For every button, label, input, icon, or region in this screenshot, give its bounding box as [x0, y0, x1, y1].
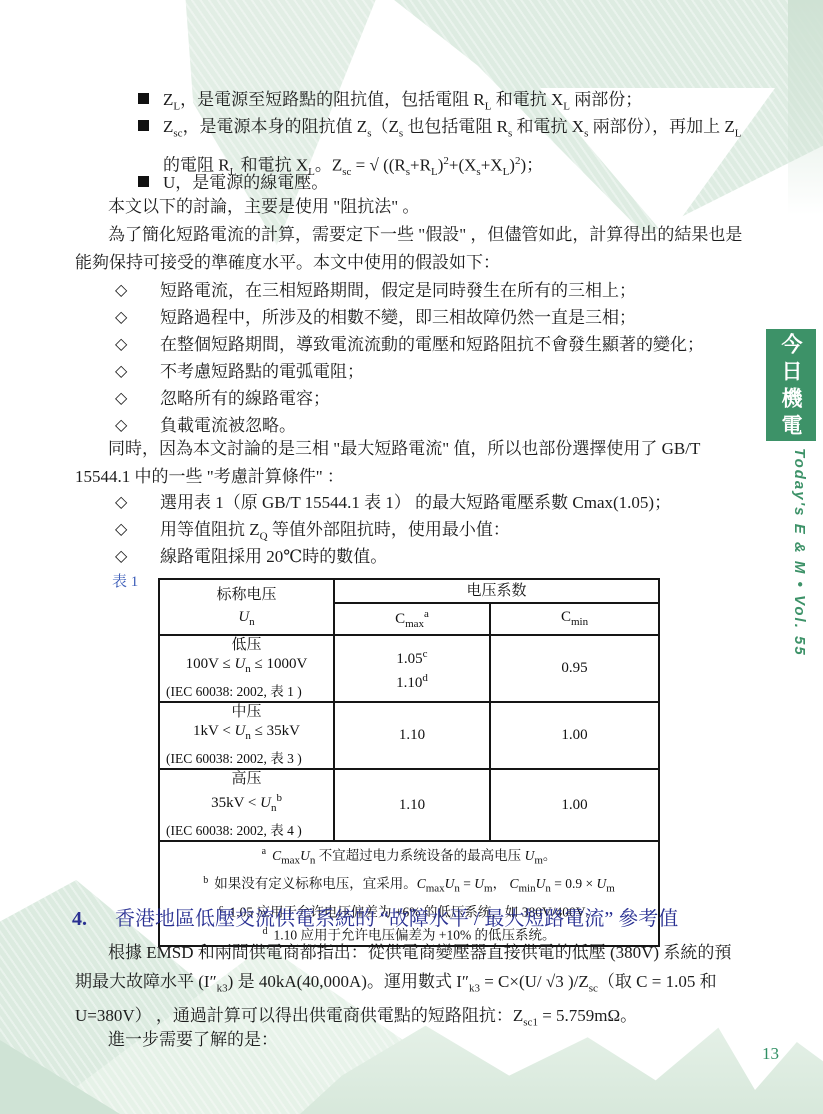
- list-item: ◇ 短路過程中，所涉及的相數不變，即三相故障仍然一直是三相；: [115, 304, 800, 331]
- paragraph-gbt: 同時，因為本文討論的是三相 "最大短路電流" 值，所以也部份選擇使用了 GB/T…: [75, 435, 755, 490]
- diamond-bullet-icon: ◇: [115, 304, 127, 331]
- document-page: 今日機電 Today's E & M • Vol. 55 13 ZL，是電源至短…: [0, 0, 823, 1114]
- table-row-mv-label: 中压 1kV < Un ≤ 35kV (IEC 60038: 2002, 表 3…: [159, 702, 334, 769]
- table-cell-cmin: 1.00: [490, 769, 659, 841]
- table-cell-cmax: 1.10: [334, 702, 490, 769]
- list-item: ◇ 線路電阻採用 20℃時的數值。: [115, 543, 800, 570]
- list-item: ◇ 不考慮短路點的電弧電阻；: [115, 358, 800, 385]
- diamond-bullet-icon: ◇: [115, 277, 127, 304]
- masthead-title: 今日機電: [776, 329, 806, 441]
- square-bullet-icon: [138, 120, 149, 131]
- paragraph-next: 進一步需要了解的是：: [75, 1026, 755, 1054]
- masthead-green-box: 今日機電: [766, 329, 816, 441]
- table-cell-cmax: 1.05c1.10d: [334, 635, 490, 702]
- header-cmin: Cmin: [490, 603, 659, 635]
- section-title: 香港地區低壓交流供電系統的 “故障水平 / 最大短路電流” 參考值: [115, 906, 678, 932]
- header-nominal-voltage: 标称电压 Un: [159, 579, 334, 635]
- diamond-bullet-icon: ◇: [115, 489, 127, 516]
- table-cell-cmin: 1.00: [490, 702, 659, 769]
- voltage-factor-table: 标称电压 Un 电压系数 Cmaxa Cmin 低压 100V ≤ Un ≤ 1…: [158, 578, 660, 947]
- decor-right-edge-strip: [788, 0, 823, 215]
- section-number: 4.: [72, 906, 115, 932]
- table-row-lv-label: 低压 100V ≤ Un ≤ 1000V (IEC 60038: 2002, 表…: [159, 635, 334, 702]
- diamond-bullet-icon: ◇: [115, 358, 127, 385]
- paragraph-method: 本文以下的討論，主要是使用 "阻抗法" 。: [75, 193, 755, 221]
- list-item: ◇ 短路電流，在三相短路期間，假定是同時發生在所有的三相上；: [115, 277, 800, 304]
- section-heading: 4. 香港地區低壓交流供電系統的 “故障水平 / 最大短路電流” 參考值: [72, 906, 678, 932]
- paragraph-hk-fault-level: 根據 EMSD 和兩間供電商都指出：從供電商變壓器直接供電的低壓 (380V) …: [75, 939, 755, 1037]
- diamond-bullet-icon: ◇: [115, 331, 127, 358]
- journal-volume-label: Today's E & M • Vol. 55: [774, 448, 808, 758]
- list-item: ◇ 在整個短路期間，導致電流流動的電壓和短路阻抗不會發生顯著的變化；: [115, 331, 800, 358]
- table-label: 表 1: [112, 570, 138, 591]
- table-cell-cmax: 1.10: [334, 769, 490, 841]
- diamond-bullet-icon: ◇: [115, 385, 127, 412]
- table-row-hv-label: 高压 35kV < Unb (IEC 60038: 2002, 表 4 ): [159, 769, 334, 841]
- square-bullet-icon: [138, 93, 149, 104]
- square-bullet-icon: [138, 176, 149, 187]
- diamond-bullet-icon: ◇: [115, 543, 127, 570]
- diamond-bullet-icon: ◇: [115, 516, 127, 543]
- header-voltage-factor: 电压系数: [334, 579, 659, 603]
- list-item: ◇ 選用表 1（原 GB/T 15544.1 表 1） 的最大短路電壓系數 Cm…: [115, 489, 800, 516]
- page-number: 13: [762, 1044, 779, 1064]
- table-cell-cmin: 0.95: [490, 635, 659, 702]
- header-cmax: Cmaxa: [334, 603, 490, 635]
- definition-zsc-line1: Zsc，是電源本身的阻抗值 Zs（Zs 也包括電阻 Rs 和電抗 Xs 兩部份）…: [163, 113, 775, 148]
- list-item: ◇ 忽略所有的線路電容；: [115, 385, 800, 412]
- paragraph-assumptions: 為了簡化短路電流的計算，需要定下一些 "假設" ，但儘管如此，計算得出的結果也是…: [75, 221, 755, 276]
